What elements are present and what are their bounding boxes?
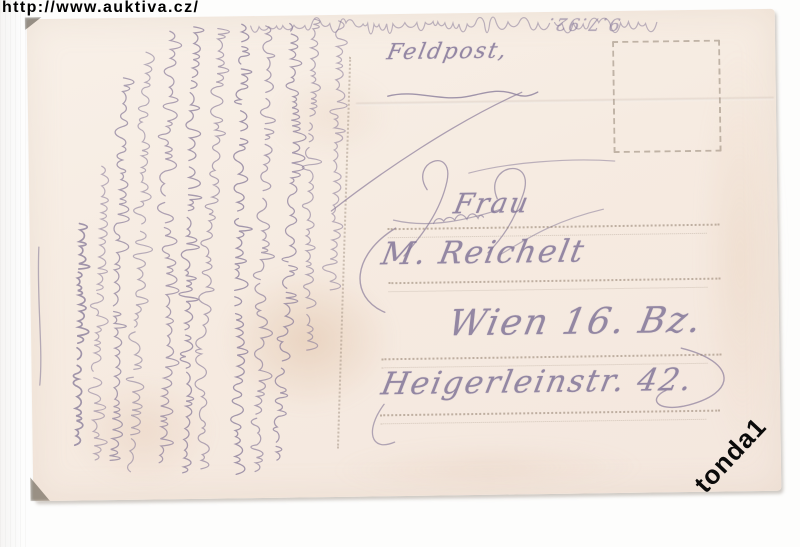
address-line-recipient-title: Frau — [451, 186, 533, 220]
inverted-date-note: 9.7.92. — [545, 13, 622, 33]
feldpost-note: Feldpost, — [385, 38, 511, 65]
postcard-back: Feldpost, 9.7.92. Frau M. Reichelt Wien … — [27, 9, 782, 501]
address-line-city: Wien 16. Bz. — [445, 300, 707, 345]
watermark-source-url: http://www.auktiva.cz/ — [2, 0, 199, 17]
address-line-street: Heigerleinstr. 42. — [378, 362, 696, 402]
address-line-recipient-name: M. Reichelt — [378, 233, 588, 272]
scanner-edge-artifacts — [0, 0, 30, 547]
